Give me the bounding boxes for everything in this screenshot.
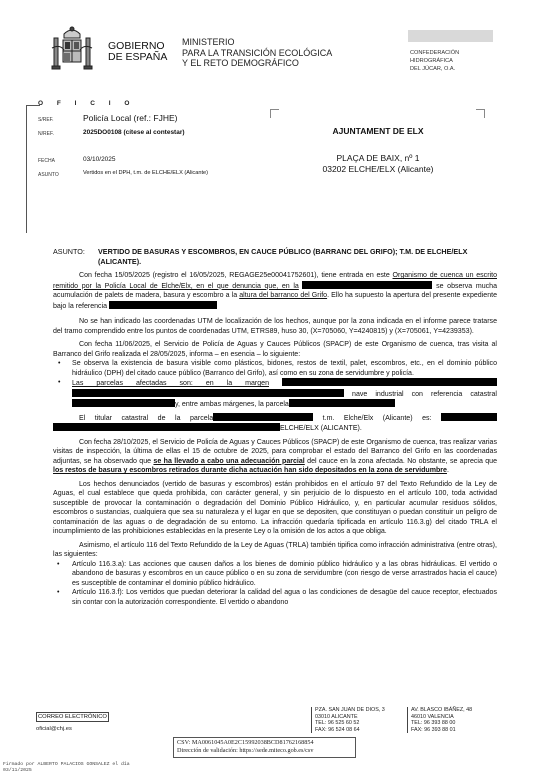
paragraph-1: Con fecha 15/05/2025 (registro el 16/05/…	[53, 271, 497, 311]
paragraph-2: No se han indicado las coordenadas UTM d…	[53, 317, 497, 336]
redacted-block	[302, 281, 432, 289]
agency-name: CONFEDERACIÓN HIDROGRÁFICA DEL JÚCAR, O.…	[410, 49, 459, 73]
csv-box: CSV: MA0061045A0E2C15992038BCD8176216885…	[173, 737, 356, 758]
redacted-block	[72, 399, 175, 407]
articles-list: Artículo 116.3.a): Las acciones que caus…	[53, 560, 497, 608]
redacted-block	[213, 413, 313, 421]
paragraph-5: Con fecha 28/10/2025, el Servicio de Pol…	[53, 438, 497, 476]
validation-url[interactable]: Dirección de validación: https://sede.mi…	[177, 747, 352, 755]
subject-label: ASUNTO:	[53, 247, 85, 257]
asunto-label: ASUNTO	[38, 172, 59, 178]
list-item: Las parcelas afectadas son: en la margen…	[53, 378, 497, 410]
csv-code: CSV: MA0061045A0E2C15992038BCD8176216885…	[177, 739, 352, 747]
list-item: Artículo 116.3.a): Las acciones que caus…	[53, 560, 497, 589]
nref-value: 2025DO0108 (cítese al contestar)	[83, 129, 185, 136]
redacted-block	[441, 413, 497, 421]
paragraph-7: Asimismo, el artículo 116 del Texto Refu…	[53, 541, 497, 560]
subject-text: VERTIDO DE BASURAS Y ESCOMBROS, EN CAUCE…	[98, 247, 498, 266]
findings-list: Se observa la existencia de basura visib…	[53, 359, 497, 410]
redacted-block	[282, 378, 497, 386]
email-link[interactable]: oficial@chj.es	[36, 726, 72, 732]
office-valencia: AV. BLASCO IBÁÑEZ, 48 46010 VALENCIA TEL…	[407, 707, 472, 733]
sref-value: Policía Local (ref.: FJHE)	[83, 113, 177, 123]
paragraph-3: Con fecha 11/06/2025, el Servicio de Pol…	[53, 340, 497, 359]
redacted-block	[72, 389, 344, 397]
redacted-block	[109, 301, 217, 309]
signature-stamp: Firmado por ALBERTO PALACIOS GONSALEZ el…	[3, 762, 130, 773]
recipient-name: AJUNTAMENT DE ELX	[278, 126, 478, 136]
redacted-block	[53, 423, 280, 431]
oficio-side-line	[26, 105, 27, 233]
recipient-corner-right	[476, 109, 485, 118]
agency-grey-bar	[408, 30, 493, 42]
fecha-label: FECHA	[38, 158, 55, 164]
asunto-value: Vertidos en el DPH, t.m. de ELCHE/ELX (A…	[83, 170, 208, 176]
recipient-address: PLAÇA DE BAIX, nº 1 03202 ELCHE/ELX (Ali…	[278, 153, 478, 175]
fecha-value: 03/10/2025	[83, 156, 116, 163]
recipient-corner-left	[270, 109, 279, 118]
email-label: CORREO ELECTRÓNICO	[36, 712, 109, 722]
spain-coat-of-arms-icon	[50, 24, 94, 72]
nref-label: N/REF.	[38, 131, 54, 137]
office-alicante: PZA. SAN JUAN DE DIOS, 3 03010 ALICANTE …	[311, 707, 385, 733]
paragraph-4: El titular catastral de la parcela t.m. …	[53, 413, 497, 434]
sref-label: S/REF.	[38, 117, 54, 123]
ministry-name: MINISTERIO PARA LA TRANSICIÓN ECOLÓGICA …	[182, 37, 332, 69]
redacted-block	[289, 399, 395, 407]
paragraph-6: Los hechos denunciados (vertido de basur…	[53, 480, 497, 537]
government-name: GOBIERNO DE ESPAÑA	[108, 41, 167, 63]
oficio-title: O F I C I O	[38, 100, 135, 107]
document-body: Con fecha 15/05/2025 (registro el 16/05/…	[53, 271, 497, 607]
list-item: Se observa la existencia de basura visib…	[53, 359, 497, 378]
list-item: Artículo 116.3.f): Los vertidos que pued…	[53, 588, 497, 607]
